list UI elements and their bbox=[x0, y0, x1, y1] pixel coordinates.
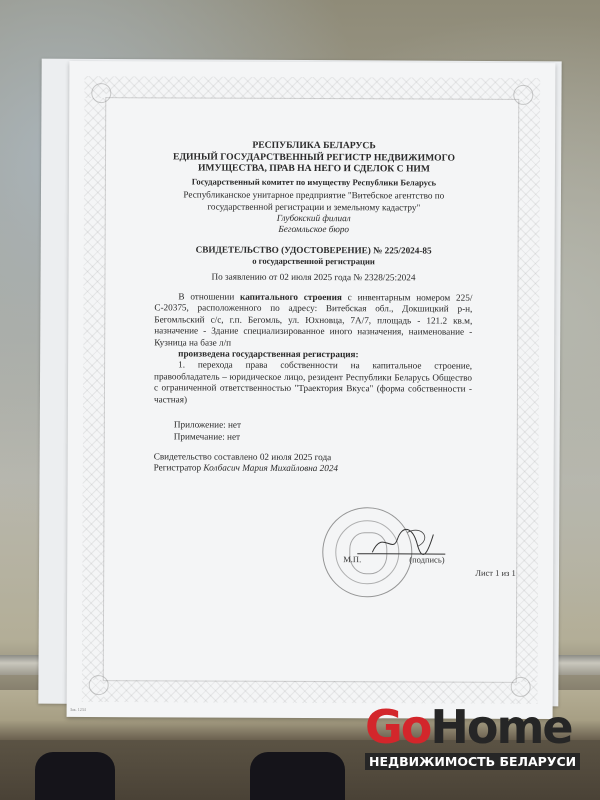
footer-code: Зак. 1234 bbox=[70, 707, 86, 712]
certificate-content: РЕСПУБЛИКА БЕЛАРУСЬ ЕДИНЫЙ ГОСУДАРСТВЕНН… bbox=[154, 139, 473, 475]
logo-go: Go bbox=[365, 700, 430, 754]
registrar-line: Регистратор Колбасич Мария Михайловна 20… bbox=[154, 463, 472, 476]
attachment-line: Приложение: нет bbox=[154, 419, 472, 432]
stamp-label: М.П. bbox=[343, 554, 361, 564]
logo-home: Home bbox=[430, 700, 571, 754]
corner-rosette-icon bbox=[513, 85, 533, 105]
header-enterprise: Республиканское унитарное предприятие "В… bbox=[155, 190, 473, 214]
registration-item-1: 1. перехода права собственности на капит… bbox=[154, 360, 472, 407]
object-type: капитального строения bbox=[240, 292, 342, 302]
header-committee: Государственный комитет по имуществу Рес… bbox=[155, 176, 473, 189]
registrar-name: Колбасич Мария Михайловна 2024 bbox=[203, 463, 338, 474]
object-description: В отношении капитального строения с инве… bbox=[154, 291, 472, 349]
note-line: Примечание: нет bbox=[154, 431, 472, 444]
sheet-number: Лист 1 из 1 bbox=[475, 568, 516, 578]
certificate-sheet: РЕСПУБЛИКА БЕЛАРУСЬ ЕДИНЫЙ ГОСУДАРСТВЕНН… bbox=[67, 61, 556, 719]
gohome-watermark-logo: GoHome НЕДВИЖИМОСТЬ БЕЛАРУСИ bbox=[365, 705, 580, 771]
logo-tagline: НЕДВИЖИМОСТЬ БЕЛАРУСИ bbox=[365, 753, 580, 770]
signature-label: (подпись) bbox=[409, 554, 444, 564]
header-registry-line2: ИМУЩЕСТВА, ПРАВ НА НЕГО И СДЕЛОК С НИМ bbox=[155, 163, 473, 176]
corner-rosette-icon bbox=[511, 677, 531, 697]
background-shoe-left bbox=[35, 752, 115, 800]
object-prefix: В отношении bbox=[178, 291, 240, 301]
corner-rosette-icon bbox=[89, 675, 109, 695]
certificate-title: СВИДЕТЕЛЬСТВО (УДОСТОВЕРЕНИЕ) № 225/2024… bbox=[155, 244, 473, 257]
registrar-label: Регистратор bbox=[154, 463, 202, 473]
background-shoe-right bbox=[250, 752, 345, 800]
corner-rosette-icon bbox=[91, 83, 111, 103]
logo-wordmark: GoHome bbox=[365, 705, 580, 749]
